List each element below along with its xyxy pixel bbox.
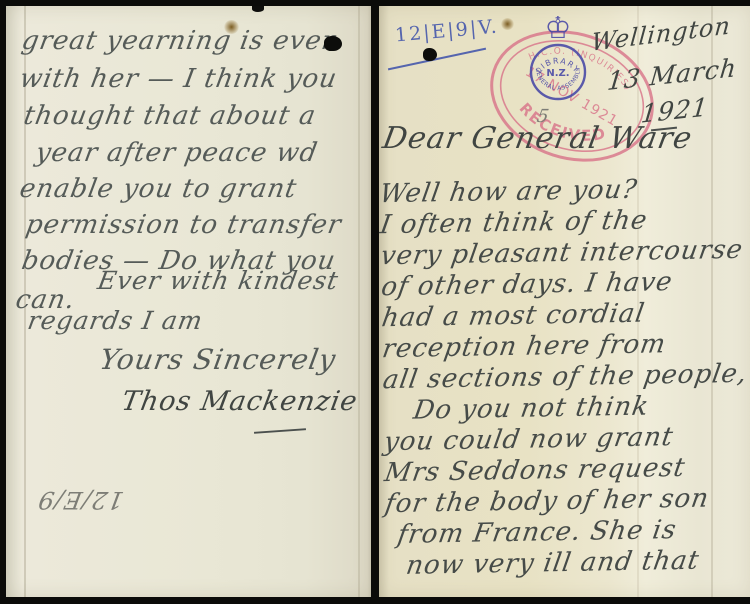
salutation: Dear General Ware xyxy=(380,124,694,154)
letter-line: now very ill and that xyxy=(404,545,750,582)
letter-line: thought that about a xyxy=(22,103,318,129)
closing-line: Ever with kindest xyxy=(96,268,341,293)
signoff-line: Yours Sincerely xyxy=(98,346,339,374)
letter-line: great yearning is ever xyxy=(20,28,338,54)
letter-line: permission to transfer xyxy=(24,212,344,238)
closing-line: regards I am xyxy=(26,308,205,333)
letter-line: enable you to grant xyxy=(18,176,299,202)
library-stamp: ♔ LIBRARY GENERAL ASSEMBLY N.Z. xyxy=(520,8,596,106)
pencil-annotation: 12/E/9 xyxy=(36,488,126,512)
left-page: great yearning is ever with her — I thin… xyxy=(6,6,371,597)
signature-flourish xyxy=(254,428,306,434)
library-stamp-center: N.Z. xyxy=(546,68,569,79)
paper-tear xyxy=(252,6,264,12)
letter-line: with her — I think you xyxy=(18,66,340,92)
foxing-spot xyxy=(224,20,239,34)
paper-hole xyxy=(423,48,437,61)
paper-crease xyxy=(358,6,360,597)
foxing-spot xyxy=(501,18,514,30)
paper-hole xyxy=(324,36,342,51)
right-page: H.C.O. (INQUIRIES) RECEIVED 17 NOV 1921 … xyxy=(379,6,750,597)
letter-line: year after peace wd xyxy=(34,140,320,166)
crown-icon: ♔ xyxy=(545,11,572,46)
letter-body: Well how are you? I often think of the v… xyxy=(380,173,750,582)
signature: Thos Mackenzie xyxy=(120,388,360,415)
